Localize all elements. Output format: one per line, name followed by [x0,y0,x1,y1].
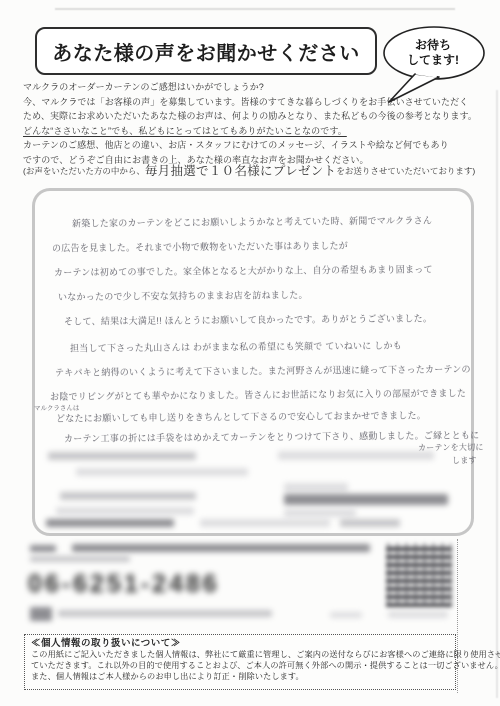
redacted-field [76,468,248,476]
redacted-field [278,451,434,460]
intro-line: カーテンのご感想、他店との違い、お店・スタッフにむけてのメッセージ、イラストや絵… [23,138,479,153]
redacted-field [200,519,330,527]
redacted-contact-text [72,544,370,552]
privacy-notice-line: ていただきます。これ以外の目的で使用することおよび、ご本人の許可無く外部への開示… [31,661,449,672]
scan-paper-edge [496,90,498,698]
redacted-field [284,494,448,505]
prize-note: (お声をいただいた方の中から、 毎月抽選で１０名様にプレゼント をお送りさせてい… [23,164,475,178]
intro-line-underlined: どんな“ささいなこと”でも、私どもにとってはとてもありがたいことなのです。 [23,124,479,139]
form-title: あなた様の声をお聞かせください [52,37,360,66]
speech-bubble-line1: お待ち [381,38,485,53]
phone-number-blurred: 06-6251-2486 [28,570,373,599]
privacy-notice-line: この用紙にご記入いただきました個人情報は、弊社にて厳重に管理し、ご案内の送付なら… [31,650,449,661]
prize-note-main: 毎月抽選で１０名様にプレゼント [145,164,337,178]
redacted-logo-mark [30,607,52,621]
scan-artifact-line [55,8,455,10]
redacted-contact-text [330,612,362,618]
speech-bubble-line2: してます! [381,53,485,68]
scanned-feedback-form: あなた様の声をお聞かせください お待ち してます! マルクラのオーダーカーテンの… [0,0,500,706]
redacted-contact-text [388,611,448,618]
intro-line: 今、マルクラでは「お客様の声」を募集しています。皆様のすてきな暮らしづくりをお手… [23,95,479,110]
redacted-contact-text [58,610,272,617]
redacted-contact-text [30,545,56,552]
handwritten-line: の広告を見ました。それまで小物で敷物をいただいた事はありましたが [52,239,348,255]
redacted-field [340,519,400,527]
privacy-notice-title: ≪個人情報の取り扱いについて≫ [31,638,449,650]
redacted-contact-text [30,556,130,562]
redacted-field [48,452,196,460]
intro-line: ため、実際にお求めいただいたあなた様のお声は、何よりの励みとなり、また私どもの今… [23,109,479,124]
intro-paragraph: マルクラのオーダーカーテンのご感想はいかがでしょうか? 今、マルクラでは「お客様… [23,80,479,168]
intro-line: マルクラのオーダーカーテンのご感想はいかがでしょうか? [23,80,479,95]
redacted-field [60,492,196,500]
redacted-field [284,509,356,517]
redacted-field [56,507,194,515]
privacy-notice-line: また、個人情報はご本人様からのお申し出により訂正・削除いたします。 [31,672,449,683]
handwritten-line: いなかったので少し不安な気持ちのままお店を訪ねました。 [58,288,308,303]
prize-note-suffix: をお送りさせていただいております) [336,165,475,178]
privacy-notice-box: ≪個人情報の取り扱いについて≫ この用紙にご記入いただきました個人情報は、弊社に… [24,634,456,690]
form-title-box: あなた様の声をお聞かせください [35,27,377,75]
handwritten-line: します [452,455,477,466]
qr-code [386,543,452,607]
prize-note-prefix: (お声をいただいた方の中から、 [23,165,145,178]
speech-bubble-text: お待ち してます! [381,38,485,68]
redacted-field [46,519,174,527]
redacted-field [284,483,348,492]
